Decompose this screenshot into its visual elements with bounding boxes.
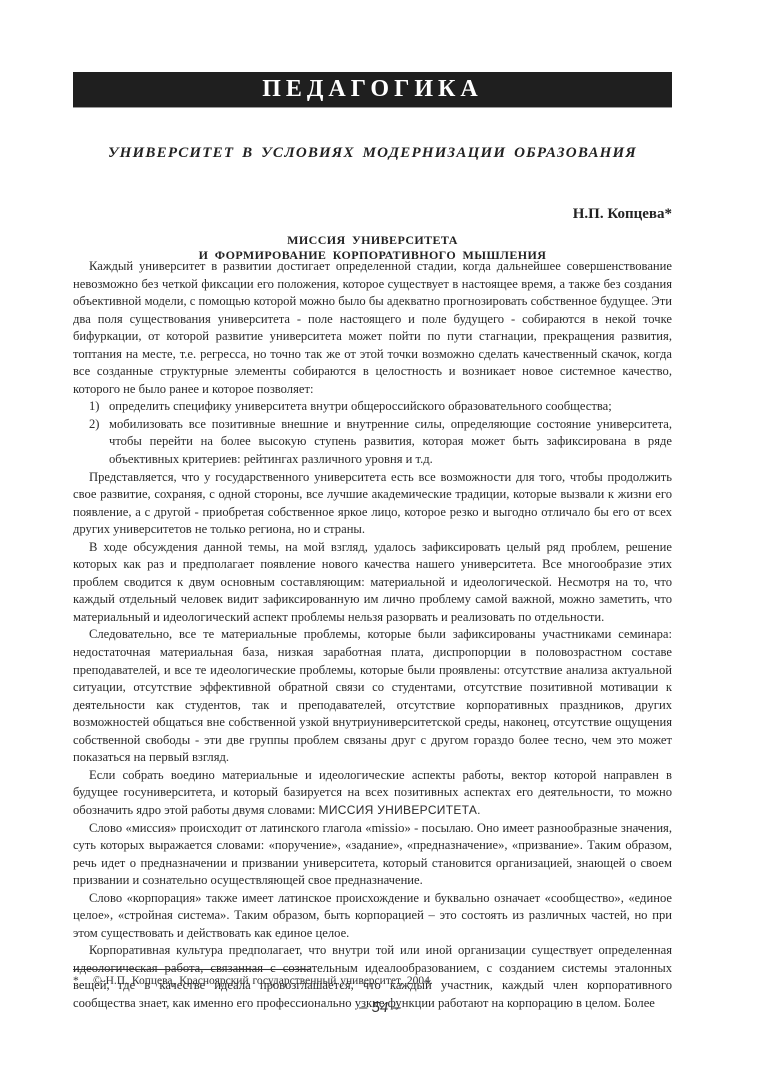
rubric-title: ПЕДАГОГИКА [262, 76, 483, 102]
list-text: мобилизовать все позитивные внешние и вн… [109, 417, 672, 466]
article-body: Каждый университет в развитии достигает … [73, 258, 672, 1013]
list-number: 2) [89, 416, 109, 434]
rubric-header: ПЕДАГОГИКА [73, 72, 672, 107]
page-number: – 54 – [350, 999, 410, 1016]
paragraph-6: Слово «миссия» происходит от латинского … [73, 820, 672, 890]
article-title-line-1: МИССИЯ УНИВЕРСИТЕТА [73, 233, 672, 248]
list-number: 1) [89, 398, 109, 416]
list-text: определить специфику университета внутри… [109, 399, 612, 413]
mission-emphasis: МИССИЯ УНИВЕРСИТЕТА. [319, 803, 481, 817]
section-title: УНИВЕРСИТЕТ В УСЛОВИЯХ МОДЕРНИЗАЦИИ ОБРА… [73, 145, 672, 162]
paragraph-5: Если собрать воедино материальные и идео… [73, 767, 672, 820]
paragraph-1: Каждый университет в развитии достигает … [73, 258, 672, 398]
footnote-text: © Н.П. Копцева, Красноярский государстве… [93, 975, 433, 987]
paragraph-2: Представляется, что у государственного у… [73, 469, 672, 539]
footnote-mark: * [73, 975, 93, 987]
author-name: Н.П. Копцева* [573, 206, 672, 223]
footnote-divider [73, 969, 310, 970]
list-item-1: 1)определить специфику университета внут… [73, 398, 672, 416]
paragraph-3: В ходе обсуждения данной темы, на мой вз… [73, 539, 672, 627]
paragraph-4: Следовательно, все те материальные пробл… [73, 626, 672, 766]
list-item-2: 2)мобилизовать все позитивные внешние и … [73, 416, 672, 469]
footnote: *© Н.П. Копцева, Красноярский государств… [73, 975, 433, 987]
paragraph-7: Слово «корпорация» также имеет латинское… [73, 890, 672, 943]
